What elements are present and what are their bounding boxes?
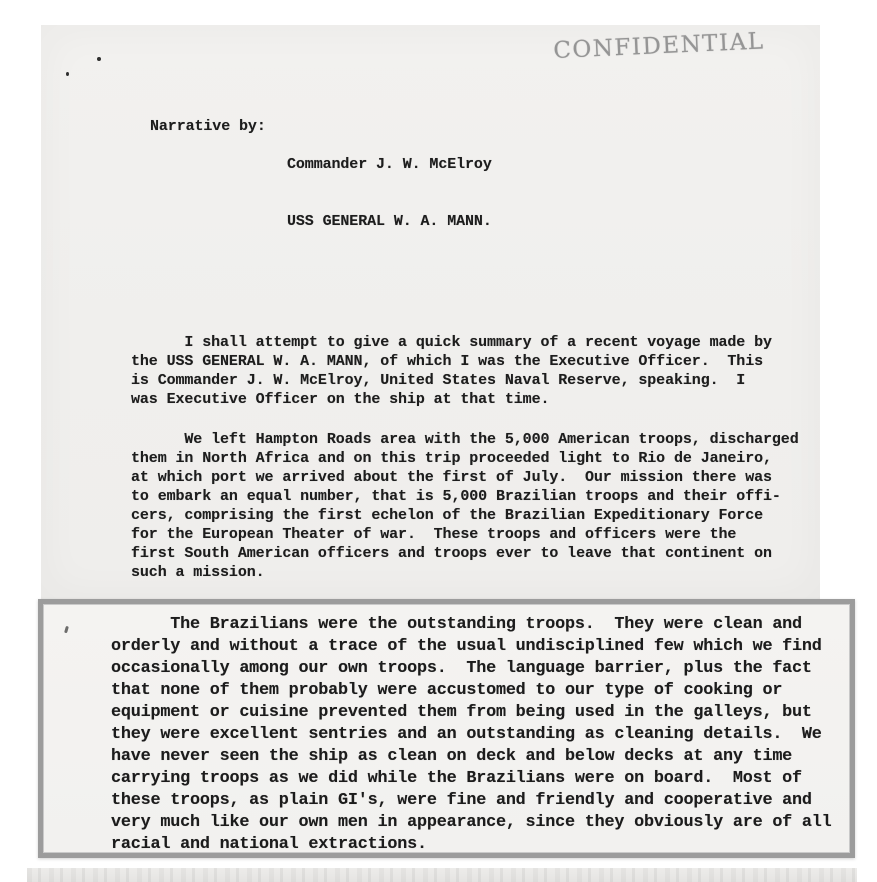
paragraph-voyage-summary: I shall attempt to give a quick summary …	[131, 333, 772, 409]
narrative-author-block: Commander J. W. McElroy USS GENERAL W. A…	[287, 117, 492, 269]
document-page: CONFIDENTIAL Narrative by: Commander J. …	[41, 25, 820, 599]
paragraph-mission-details: We left Hampton Roads area with the 5,00…	[131, 430, 799, 582]
next-page-sliver	[27, 868, 857, 882]
ink-speck	[66, 72, 69, 76]
narrative-by-label: Narrative by:	[150, 117, 266, 136]
paragraph-brazilian-troops-highlighted: The Brazilians were the outstanding troo…	[43, 604, 850, 856]
narrative-author-ship: USS GENERAL W. A. MANN.	[287, 212, 492, 231]
narrative-author-name: Commander J. W. McElroy	[287, 155, 492, 174]
document-screenshot: CONFIDENTIAL Narrative by: Commander J. …	[0, 0, 877, 882]
highlight-annotation-box: The Brazilians were the outstanding troo…	[38, 599, 855, 858]
ink-speck	[97, 57, 101, 61]
confidential-stamp: CONFIDENTIAL	[553, 28, 765, 64]
